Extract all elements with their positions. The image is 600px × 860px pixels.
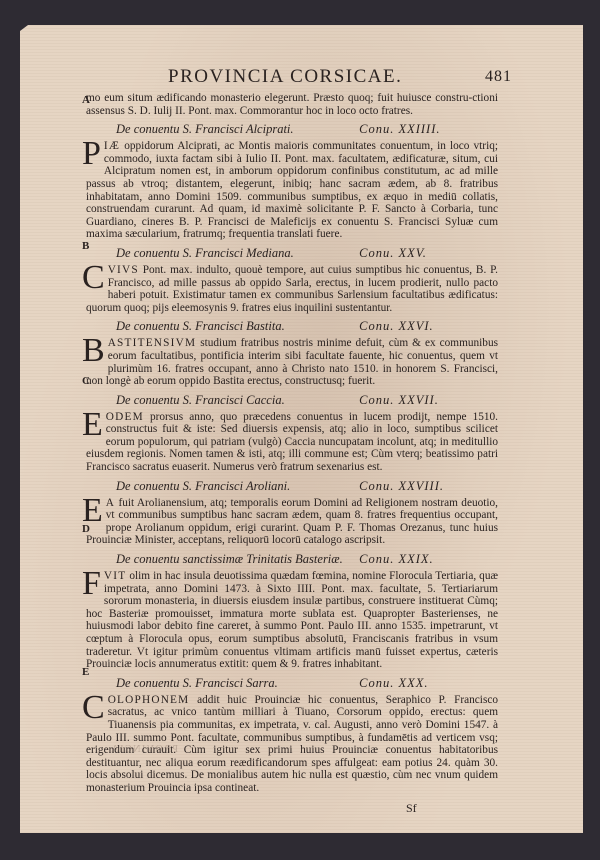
running-head: PROVINCIA CORSICAE. 481	[86, 66, 498, 92]
drop-cap: E	[82, 498, 103, 524]
drop-cap: C	[82, 265, 105, 291]
page-number: 481	[485, 68, 512, 86]
section-paragraph: B ASTITENSIVM studium fratribus nostris …	[86, 337, 498, 387]
drop-cap: B	[82, 338, 105, 364]
margin-letter-d: D	[82, 523, 90, 536]
drop-cap: E	[82, 412, 103, 438]
drop-cap: F	[82, 571, 101, 597]
section-heading: De conuentu S. Francisci Aroliani. Conu.…	[86, 479, 498, 493]
section-paragraph: C VIVS Pont. max. indulto, quouè tempore…	[86, 264, 498, 314]
section-paragraph: E A fuit Arolianensium, atq; temporalis …	[86, 497, 498, 547]
section-heading: De conuentu S. Francisci Alciprati. Conu…	[86, 122, 498, 136]
section-paragraph: P IÆ oppidorum Alciprati, ac Montis maio…	[86, 140, 498, 241]
intro-paragraph: A mo eum situm ædificando monasterio ele…	[86, 92, 498, 117]
section-heading: De conuentu S. Francisci Caccia. Conu. X…	[86, 393, 498, 407]
drop-cap: P	[82, 141, 101, 167]
section-paragraph: F VIT olim in hac insula deuotissima quæ…	[86, 570, 498, 671]
section-paragraph: E ODEM prorsus anno, quo præcedens conue…	[86, 411, 498, 474]
margin-letter-c: C	[82, 375, 90, 388]
signature-mark: Sf	[406, 801, 417, 816]
section-heading: De conuentu sanctissimæ Trinitatis Baste…	[86, 552, 498, 566]
text-block: PROVINCIA CORSICAE. 481 A mo eum situm æ…	[86, 66, 498, 795]
section-heading: De conuentu S. Francisci Sarra. Conu. XX…	[86, 676, 498, 690]
margin-letter-a: A	[82, 94, 90, 107]
section-paragraph: C OLOPHONEM addit huic Prouinciæ hic con…	[86, 694, 498, 795]
section-heading: De conuentu S. Francisci Mediana. Conu. …	[86, 246, 498, 260]
running-title: PROVINCIA CORSICAE.	[168, 66, 402, 88]
section-heading: De conuentu S. Francisci Bastita. Conu. …	[86, 319, 498, 333]
drop-cap: C	[82, 695, 105, 721]
intro-text: mo eum situm ædificando monasterio elege…	[86, 92, 498, 117]
